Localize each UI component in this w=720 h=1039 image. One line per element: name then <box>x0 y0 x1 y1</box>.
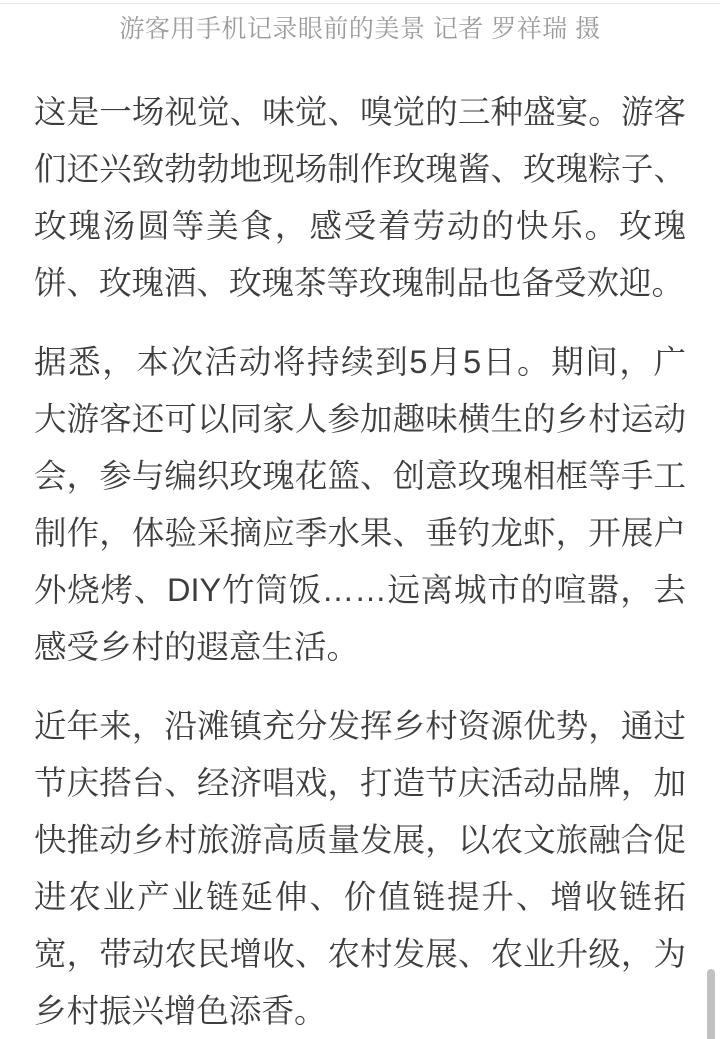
article-paragraph: 据悉，本次活动将持续到5月5日。期间，广大游客还可以同家人参加趣味横生的乡村运动… <box>34 334 686 676</box>
scrollbar-thumb[interactable] <box>707 969 715 1039</box>
article-page: 游客用手机记录眼前的美景 记者 罗祥瑞 摄 这是一场视觉、味觉、嗅觉的三种盛宴。… <box>0 0 720 1039</box>
top-divider <box>0 3 720 4</box>
article-paragraph: 这是一场视觉、味觉、嗅觉的三种盛宴。游客们还兴致勃勃地现场制作玫瑰酱、玫瑰粽子、… <box>34 84 686 312</box>
article-paragraph: 近年来，沿滩镇充分发挥乡村资源优势，通过节庆搭台、经济唱戏，打造节庆活动品牌，加… <box>34 698 686 1039</box>
photo-caption: 游客用手机记录眼前的美景 记者 罗祥瑞 摄 <box>0 12 720 46</box>
article-body: 这是一场视觉、味觉、嗅觉的三种盛宴。游客们还兴致勃勃地现场制作玫瑰酱、玫瑰粽子、… <box>34 84 686 1039</box>
